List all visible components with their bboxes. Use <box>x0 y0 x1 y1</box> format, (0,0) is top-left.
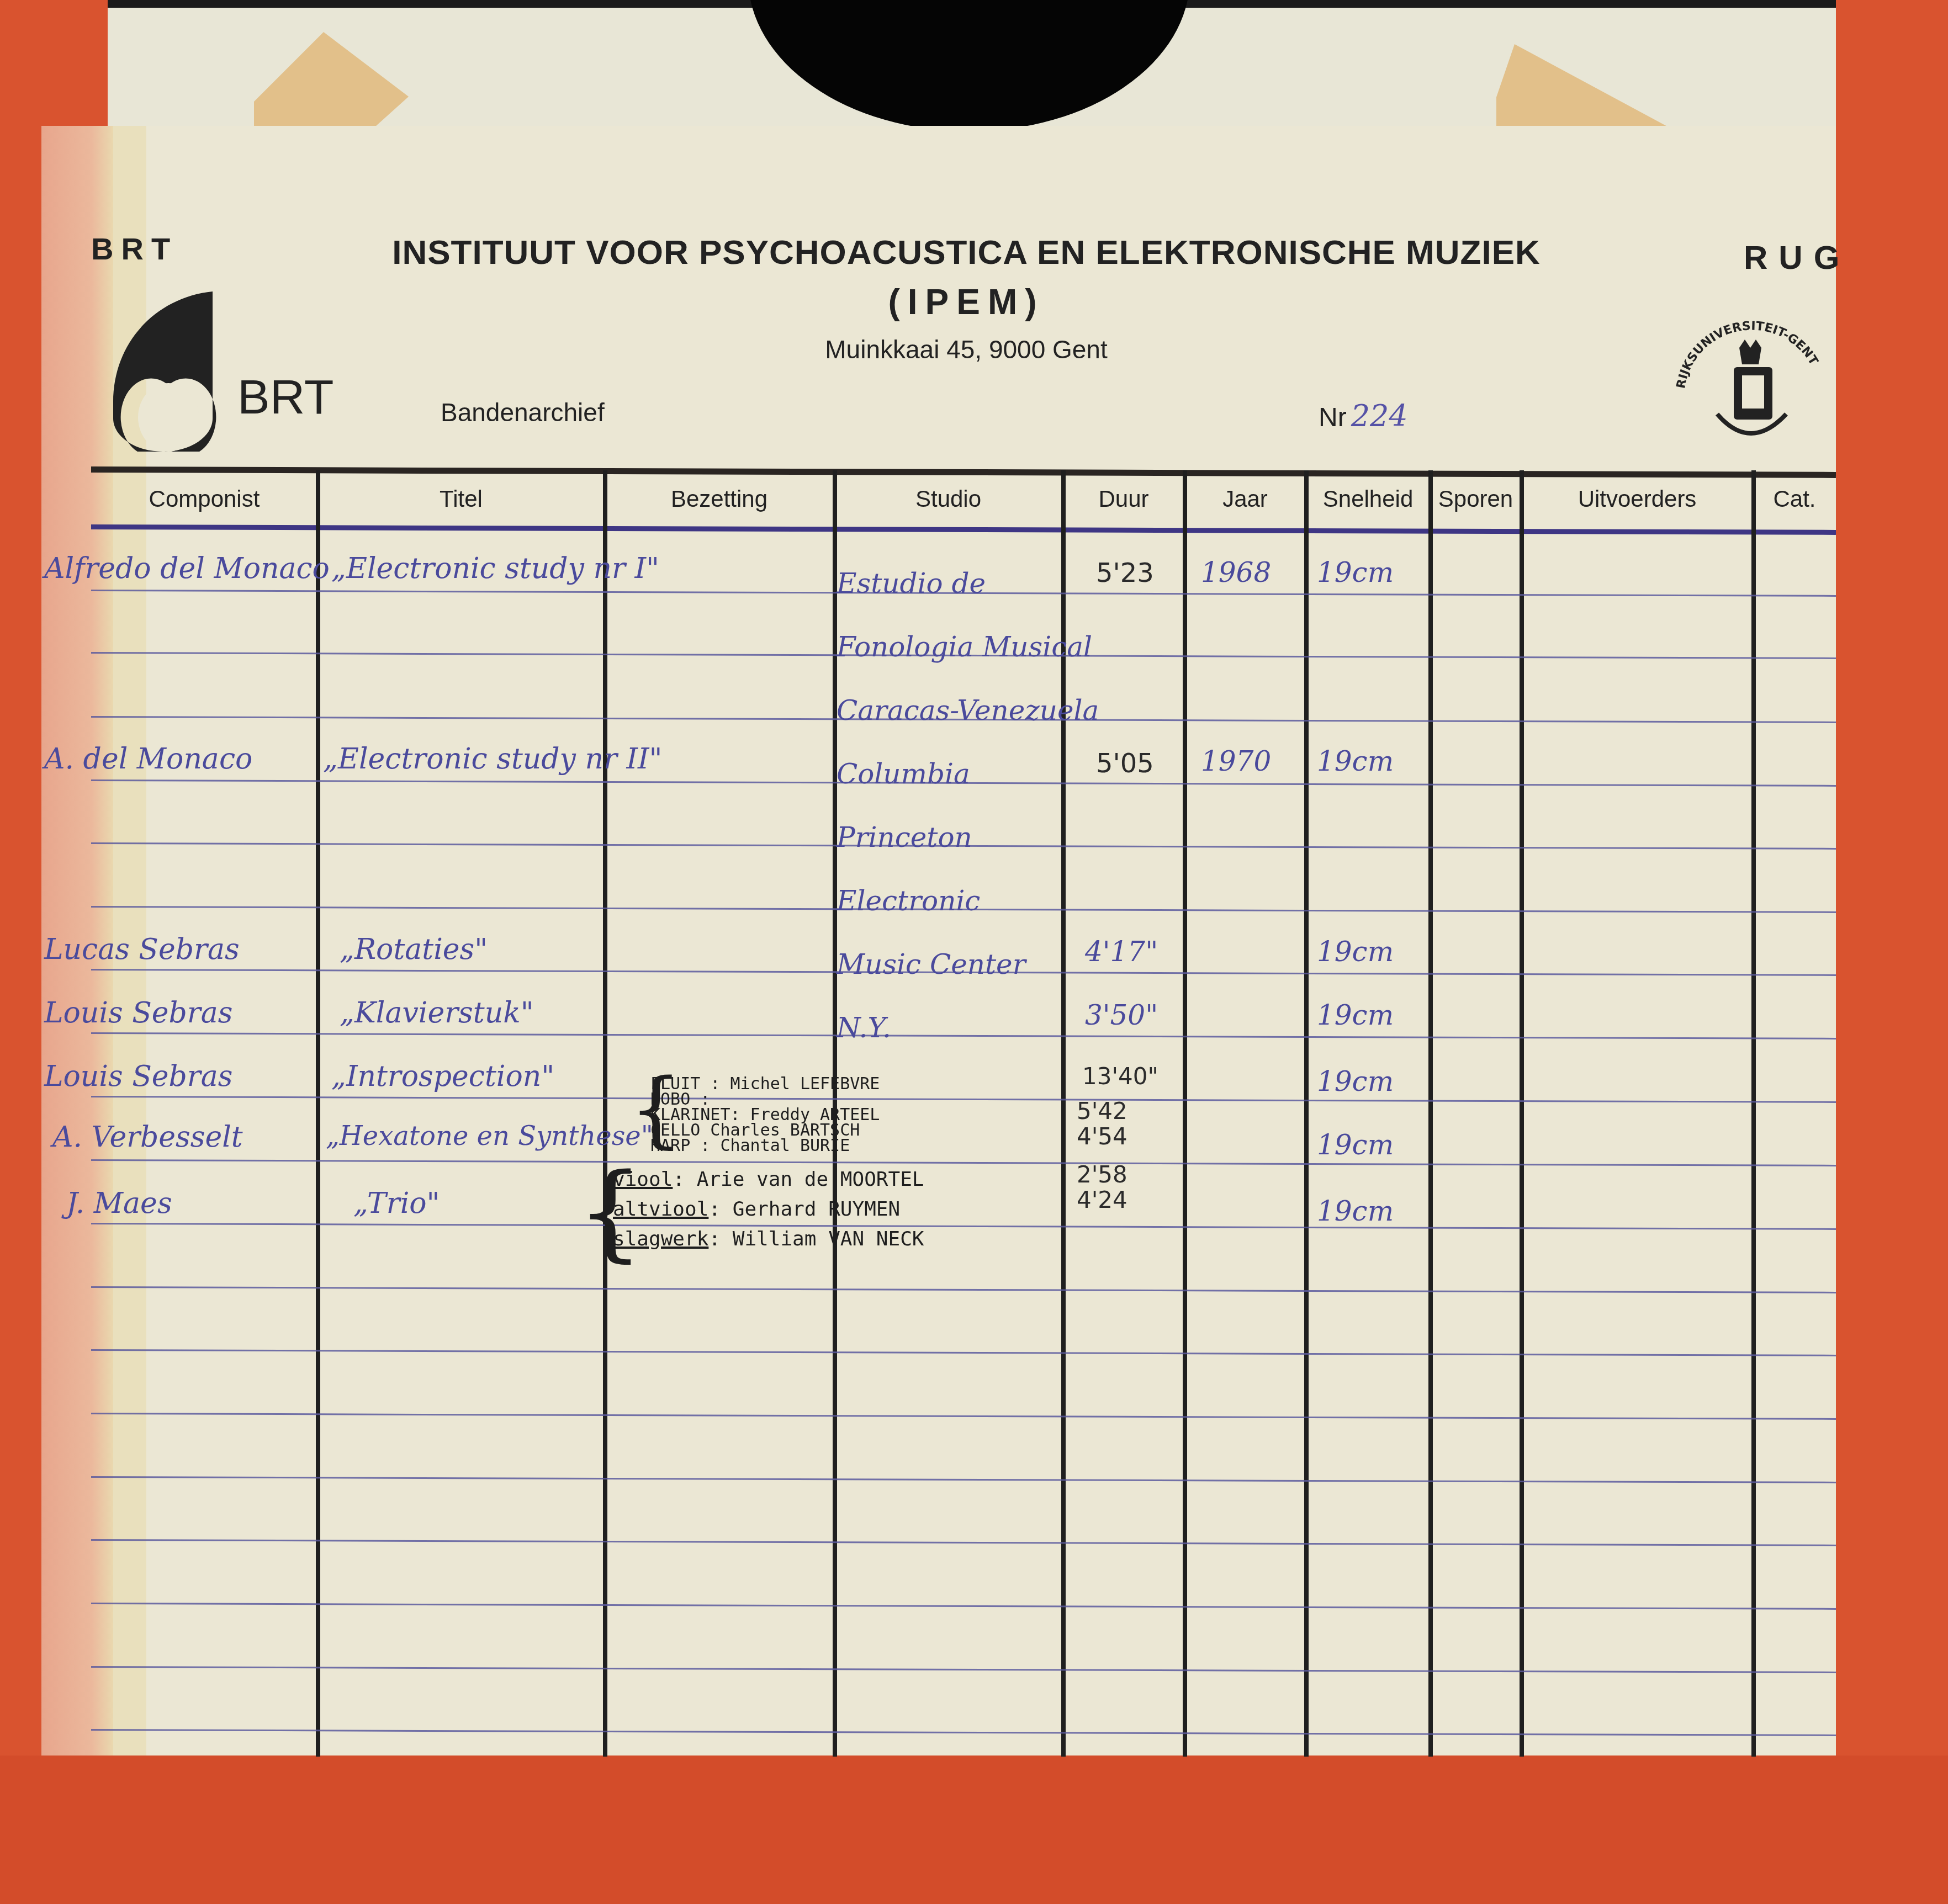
archive-label: Bandenarchief <box>441 397 605 427</box>
column-header-titel: Titel <box>317 486 605 512</box>
column-header-jaar: Jaar <box>1184 486 1306 512</box>
row1-studio: Estudio de Fonologia Musical Caracas-Ven… <box>837 552 1124 742</box>
institute-acronym: (IPEM) <box>331 282 1601 322</box>
ensemble-2-line: altviool: Gerhard RUYMEN <box>613 1195 924 1224</box>
row3-componist: Lucas Sebras <box>44 933 240 966</box>
column-header-cat: Cat. <box>1753 486 1836 512</box>
column-divider <box>1520 470 1524 1757</box>
ensemble-2: viool: Arie van de MOORTEL altviool: Ger… <box>613 1165 924 1254</box>
sleeve-bottom-flap <box>0 1756 1948 1904</box>
row1-titel: „Electronic study nr I" <box>331 552 659 585</box>
instrument: viool <box>613 1168 673 1191</box>
row7-titel: „Trio" <box>353 1187 440 1220</box>
row3-titel: „Rotaties" <box>340 933 488 966</box>
row2-snelheid: 19cm <box>1317 745 1394 777</box>
performer: : Gerhard RUYMEN <box>708 1198 900 1221</box>
institute-address: Muinkkaai 45, 9000 Gent <box>331 335 1601 364</box>
row2-jaar: 1970 <box>1201 745 1271 777</box>
column-divider <box>1428 470 1433 1757</box>
row4-componist: Louis Sebras <box>44 996 232 1030</box>
row2-duur: 5'05 <box>1096 748 1154 779</box>
row7-duur: 2'58 4'24 <box>1077 1162 1165 1213</box>
column-header-duur: Duur <box>1063 486 1184 512</box>
performer: : Arie van de MOORTEL <box>673 1168 924 1191</box>
row2-titel: „Electronic study nr II" <box>323 742 662 776</box>
brt-logo-text: BRT <box>237 369 334 425</box>
row6-componist: A. Verbesselt <box>52 1121 243 1154</box>
row5-componist: Louis Sebras <box>44 1060 232 1093</box>
column-header-uitvoerders: Uitvoerders <box>1521 486 1753 512</box>
row2-studio: Columbia Princeton Electronic Music Cent… <box>837 742 1057 1060</box>
row6-snelheid: 19cm <box>1317 1129 1394 1161</box>
row1-duur: 5'23 <box>1096 558 1154 588</box>
number-value: 224 <box>1351 399 1408 433</box>
column-header-sporen: Sporen <box>1430 486 1521 512</box>
ensemble-2-line: slagwerk: William VAN NECK <box>613 1224 924 1254</box>
rug-label: RUG <box>1744 238 1850 277</box>
row5-snelheid: 19cm <box>1317 1065 1394 1097</box>
archive-number: Nr224 <box>1319 399 1408 433</box>
ensemble-1: FLUIT : Michel LEFEBVRE HOBO : KLARINET:… <box>650 1076 880 1154</box>
row1-jaar: 1968 <box>1201 556 1271 588</box>
column-header-bezetting: Bezetting <box>605 486 834 512</box>
instrument: altviool <box>613 1198 708 1221</box>
row7-componist: J. Maes <box>66 1187 172 1220</box>
column-divider <box>1304 470 1309 1757</box>
row7-snelheid: 19cm <box>1317 1195 1394 1227</box>
row3-duur: 4'17" <box>1085 936 1158 968</box>
institute-title: INSTITUUT VOOR PSYCHOACUSTICA EN ELEKTRO… <box>331 233 1601 272</box>
brt-label: BRT <box>91 231 178 267</box>
column-header-snelheid: Snelheid <box>1306 486 1430 512</box>
row2-componist: A. del Monaco <box>44 742 252 776</box>
ensemble-1-line: HARP : Chantal BURIE <box>650 1138 880 1154</box>
row5-duur: 13'40" <box>1082 1063 1158 1090</box>
column-header-studio: Studio <box>834 486 1063 512</box>
brt-logo-icon <box>113 291 229 452</box>
column-header-componist: Componist <box>91 486 317 512</box>
instrument: slagwerk <box>613 1228 708 1250</box>
performer: : William VAN NECK <box>708 1228 924 1250</box>
row6-duur: 5'42 4'54 <box>1077 1099 1165 1149</box>
row6-titel: „Hexatone en Synthese" <box>326 1121 653 1152</box>
row1-snelheid: 19cm <box>1317 556 1394 588</box>
row4-duur: 3'50" <box>1085 999 1158 1031</box>
column-divider <box>1183 470 1187 1757</box>
row3-snelheid: 19cm <box>1317 936 1394 968</box>
number-label: Nr <box>1319 403 1347 432</box>
column-divider <box>603 470 607 1757</box>
column-divider <box>316 470 320 1757</box>
row4-snelheid: 19cm <box>1317 999 1394 1031</box>
row4-titel: „Klavierstuk" <box>340 996 534 1030</box>
ensemble-2-line: viool: Arie van de MOORTEL <box>613 1165 924 1195</box>
university-seal-icon: RIJKSUNIVERSITEIT-GENT <box>1668 315 1833 458</box>
column-divider <box>1751 470 1756 1757</box>
row5-titel: „Introspection" <box>331 1060 554 1093</box>
row1-componist: Alfredo del Monaco <box>44 552 330 585</box>
